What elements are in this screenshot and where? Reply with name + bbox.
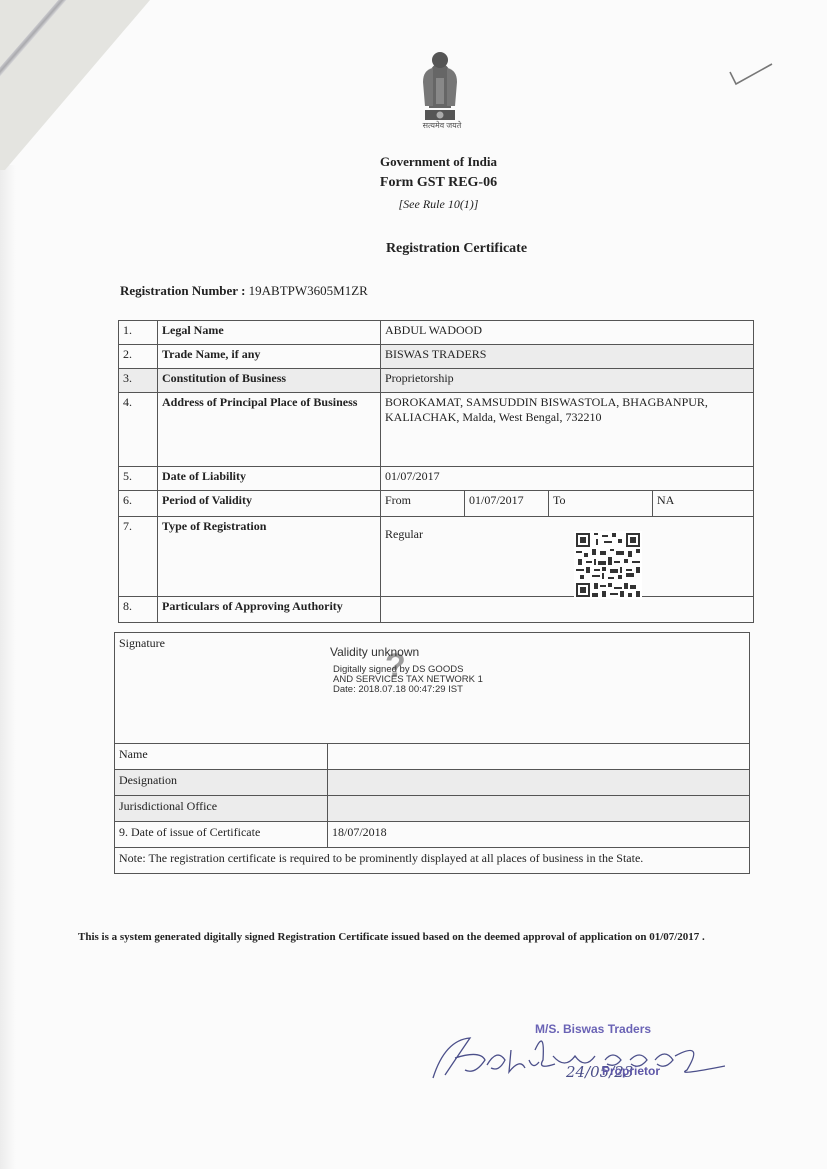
row-label: Trade Name, if any bbox=[158, 345, 381, 369]
approving-authority-value bbox=[381, 597, 754, 623]
address-value: BOROKAMAT, SAMSUDDIN BISWASTOLA, BHAGBAN… bbox=[381, 393, 754, 467]
details-table: 1. Legal Name ABDUL WADOOD 2. Trade Name… bbox=[118, 320, 754, 623]
row-label: Particulars of Approving Authority bbox=[158, 597, 381, 623]
firm-stamp: M/S. Biswas Traders bbox=[535, 1022, 651, 1036]
table-row: 7. Type of Registration Regular bbox=[119, 517, 754, 597]
name-value bbox=[328, 744, 750, 770]
registration-number-value: 19ABTPW3605M1ZR bbox=[249, 283, 368, 298]
issue-date-value: 18/07/2018 bbox=[328, 822, 750, 848]
table-row: 2. Trade Name, if any BISWAS TRADERS bbox=[119, 345, 754, 369]
name-label: Name bbox=[115, 744, 328, 770]
jurisdictional-office-value bbox=[328, 796, 750, 822]
table-row: 5. Date of Liability 01/07/2017 bbox=[119, 467, 754, 491]
page-shadow bbox=[0, 165, 16, 1169]
row-label: Type of Registration bbox=[158, 517, 381, 597]
table-row: 1. Legal Name ABDUL WADOOD bbox=[119, 321, 754, 345]
designation-value bbox=[328, 770, 750, 796]
validity-from-label: From bbox=[381, 491, 465, 517]
liability-date-value: 01/07/2017 bbox=[381, 467, 754, 491]
signature-date: Date: 2018.07.18 00:47:29 IST bbox=[333, 685, 483, 695]
registration-number-label: Registration Number : bbox=[120, 283, 245, 298]
authority-table: Signature ? Validity unknown Digitally s… bbox=[114, 632, 750, 874]
certificate-title: Registration Certificate bbox=[43, 241, 827, 257]
row-number: 4. bbox=[119, 393, 158, 467]
designation-label: Designation bbox=[115, 770, 328, 796]
row-label: Date of Liability bbox=[158, 467, 381, 491]
jurisdictional-office-label: Jurisdictional Office bbox=[115, 796, 328, 822]
folded-corner bbox=[0, 0, 160, 175]
table-row: 6. Period of Validity From 01/07/2017 To… bbox=[119, 491, 754, 517]
signature-label: Signature bbox=[119, 636, 165, 650]
proprietor-stamp: Proprietor bbox=[602, 1064, 660, 1078]
signature-row: Signature ? Validity unknown Digitally s… bbox=[115, 633, 750, 744]
registration-type-value: Regular bbox=[381, 517, 754, 597]
constitution-value: Proprietorship bbox=[381, 369, 754, 393]
government-heading: Government of India bbox=[25, 154, 827, 170]
table-row: 4. Address of Principal Place of Busines… bbox=[119, 393, 754, 467]
qr-code[interactable] bbox=[574, 531, 642, 599]
form-title: Form GST REG-06 bbox=[25, 175, 827, 191]
row-number: 7. bbox=[119, 517, 158, 597]
row-label: Constitution of Business bbox=[158, 369, 381, 393]
row-label: Address of Principal Place of Business bbox=[158, 393, 381, 467]
validity-from-value: 01/07/2017 bbox=[465, 491, 549, 517]
system-generated-notice: This is a system generated digitally sig… bbox=[78, 931, 778, 943]
display-note: Note: The registration certificate is re… bbox=[115, 848, 750, 874]
row-label: Period of Validity bbox=[158, 491, 381, 517]
table-row: 8. Particulars of Approving Authority bbox=[119, 597, 754, 623]
validity-to-label: To bbox=[549, 491, 653, 517]
digital-signature-details: Digitally signed by DS GOODS AND SERVICE… bbox=[333, 665, 483, 695]
checkmark-icon bbox=[728, 62, 774, 88]
designation-row: Designation bbox=[115, 770, 750, 796]
registration-number: Registration Number : 19ABTPW3605M1ZR bbox=[120, 283, 368, 299]
legal-name-value: ABDUL WADOOD bbox=[381, 321, 754, 345]
trade-name-value: BISWAS TRADERS bbox=[381, 345, 754, 369]
row-number: 5. bbox=[119, 467, 158, 491]
row-number: 8. bbox=[119, 597, 158, 623]
rule-reference: [See Rule 10(1)] bbox=[25, 197, 827, 212]
row-number: 3. bbox=[119, 369, 158, 393]
name-row: Name bbox=[115, 744, 750, 770]
registration-type-text: Regular bbox=[385, 527, 423, 541]
emblem-motto: सत्यमेव जयते bbox=[402, 120, 482, 131]
row-number: 6. bbox=[119, 491, 158, 517]
issue-date-label: 9. Date of issue of Certificate bbox=[115, 822, 328, 848]
jurisdictional-office-row: Jurisdictional Office bbox=[115, 796, 750, 822]
signature-validity: Validity unknown bbox=[330, 645, 419, 659]
row-number: 1. bbox=[119, 321, 158, 345]
note-row: Note: The registration certificate is re… bbox=[115, 848, 750, 874]
table-row: 3. Constitution of Business Proprietorsh… bbox=[119, 369, 754, 393]
issue-date-row: 9. Date of issue of Certificate 18/07/20… bbox=[115, 822, 750, 848]
validity-to-value: NA bbox=[653, 491, 754, 517]
row-number: 2. bbox=[119, 345, 158, 369]
signature-cell: Signature ? Validity unknown Digitally s… bbox=[115, 633, 750, 744]
row-label: Legal Name bbox=[158, 321, 381, 345]
